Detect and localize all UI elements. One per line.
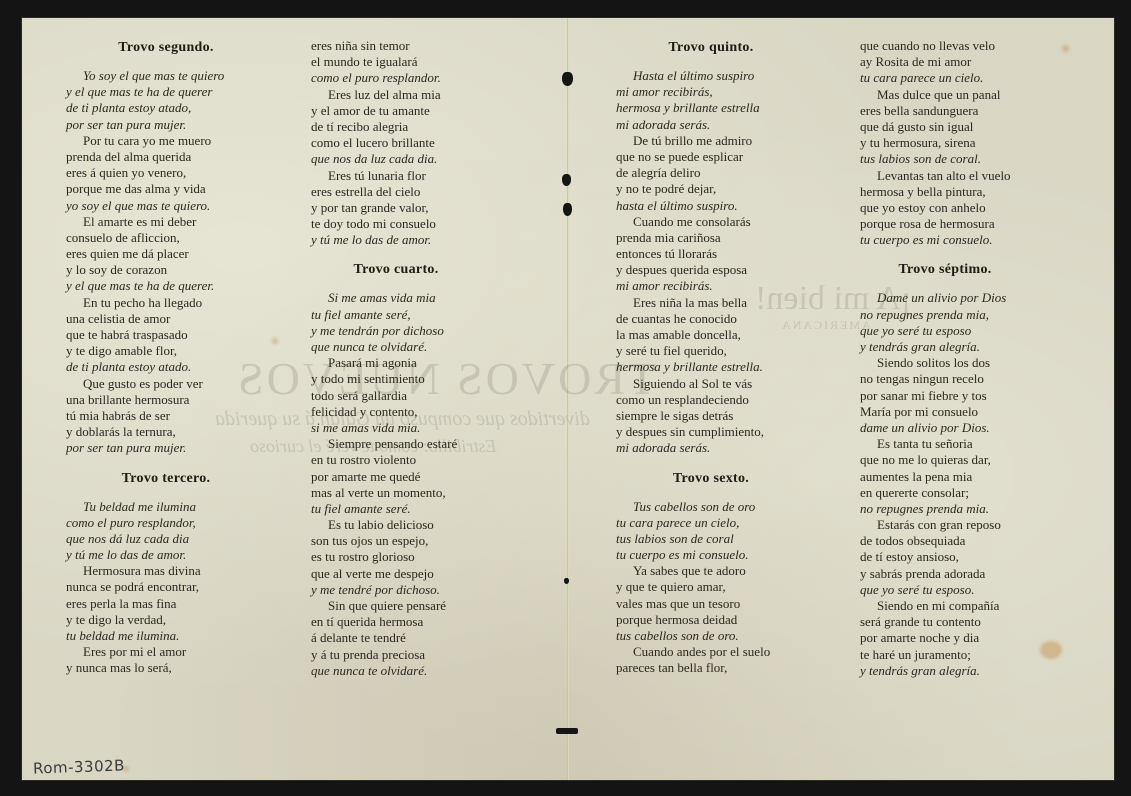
verse-line: siempre le sigas detrás [616, 408, 806, 424]
verse-line: á delante te tendré [311, 630, 481, 646]
verse-line: y por tan grande valor, [311, 200, 481, 216]
paper-stain [272, 338, 278, 344]
binding-hole [564, 578, 569, 584]
verse-line: y sabrás prenda adorada [860, 566, 1030, 582]
verse-line: y el amor de tu amante [311, 103, 481, 119]
verse-line: consuelo de afliccion, [66, 230, 266, 246]
verse-line: porque rosa de hermosura [860, 216, 1030, 232]
verse-line: todo será gallardia [311, 388, 481, 404]
binding-hole [562, 174, 571, 186]
verse-line: Es tu labio delicioso [311, 517, 481, 533]
verse-line: Estarás con gran reposo [860, 517, 1030, 533]
refrain-line: tu cara parece un cielo, [616, 515, 806, 531]
verse-line: y seré tu fiel querido, [616, 343, 806, 359]
verse-column-2: eres niña sin temorel mundo te igualarác… [311, 38, 481, 679]
verse-line: Cuando me consolarás [616, 214, 806, 230]
verse-line: y lo soy de corazon [66, 262, 266, 278]
verse-line: que al verte me despejo [311, 566, 481, 582]
verse-line: en tí querida hermosa [311, 614, 481, 630]
refrain-line: tu fiel amante seré, [311, 307, 481, 323]
verse-line: Levantas tan alto el vuelo [860, 168, 1030, 184]
refrain-line: Si me amas vida mia [311, 290, 481, 306]
center-fold [567, 18, 569, 780]
refrain-line: que nunca te olvidaré. [311, 663, 481, 679]
refrain-line: que nos da luz cada dia. [311, 151, 481, 167]
binding-hole [562, 72, 573, 86]
verse-line: nunca se podrá encontrar, [66, 579, 266, 595]
verse-line: En tu pecho ha llegado [66, 295, 266, 311]
verse-line: entonces tú llorarás [616, 246, 806, 262]
verse-line: María por mi consuelo [860, 404, 1030, 420]
verse-line: Cuando andes por el suelo [616, 644, 806, 660]
verse-line: una brillante hermosura [66, 392, 266, 408]
verse-line: no tengas ningun recelo [860, 371, 1030, 387]
verse-line: y te digo amable flor, [66, 343, 266, 359]
verse-line: Ya sabes que te adoro [616, 563, 806, 579]
refrain-line: mi adorada serás. [616, 117, 806, 133]
stanza-gap [616, 457, 806, 469]
verse-line: eres bella sandunguera [860, 103, 1030, 119]
verse-line: Siguiendo al Sol te vás [616, 376, 806, 392]
refrain-line: dame un alivio por Dios. [860, 420, 1030, 436]
refrain-line: que yo seré tu esposo. [860, 582, 1030, 598]
verse-line: eres quien me dá placer [66, 246, 266, 262]
verse-line: eres estrella del cielo [311, 184, 481, 200]
verse-line: vales mas que un tesoro [616, 596, 806, 612]
verse-line: Eres tú lunaria flor [311, 168, 481, 184]
verse-line: te doy todo mi consuelo [311, 216, 481, 232]
refrain-line: tus labios son de coral. [860, 151, 1030, 167]
refrain-line: y me tendrán por dichoso [311, 323, 481, 339]
verse-line: Sin que quiere pensaré [311, 598, 481, 614]
verse-line: Pasará mi agonia [311, 355, 481, 371]
verse-line: será grande tu contento [860, 614, 1030, 630]
refrain-line: por ser tan pura mujer. [66, 117, 266, 133]
refrain-line: de ti planta estoy atado. [66, 359, 266, 375]
stanza-gap [66, 457, 266, 469]
refrain-line: tu beldad me ilumina. [66, 628, 266, 644]
verse-line: porque hermosa deidad [616, 612, 806, 628]
refrain-line: y tú me lo das de amor. [66, 547, 266, 563]
refrain-line: Hasta el último suspiro [616, 68, 806, 84]
verse-line: te haré un juramento; [860, 647, 1030, 663]
verse-line: que dá gusto sin igual [860, 119, 1030, 135]
verse-column-3: Trovo quinto.Hasta el último suspiromi a… [616, 38, 806, 677]
verse-line: como el lucero brillante [311, 135, 481, 151]
refrain-line: Tu beldad me ilumina [66, 499, 266, 515]
verse-line: eres niña sin temor [311, 38, 481, 54]
verse-line: una celistia de amor [66, 311, 266, 327]
verse-line: De tú brillo me admiro [616, 133, 806, 149]
verse-line: y nunca mas lo será, [66, 660, 266, 676]
section-title: Trovo tercero. [66, 469, 266, 489]
section-title: Trovo segundo. [66, 38, 266, 58]
verse-line: eres perla la mas fina [66, 596, 266, 612]
verse-line: y á tu prenda preciosa [311, 647, 481, 663]
paper-stain [1040, 641, 1062, 659]
refrain-line: no repugnes prenda mia, [860, 307, 1030, 323]
refrain-line: tu cuerpo es mi consuelo. [860, 232, 1030, 248]
section-title: Trovo séptimo. [860, 260, 1030, 280]
refrain-line: y me tendré por dichoso. [311, 582, 481, 598]
verse-line: que no se puede esplicar [616, 149, 806, 165]
binding-hole [563, 203, 572, 216]
verse-line: eres á quien yo venero, [66, 165, 266, 181]
verse-line: El amarte es mi deber [66, 214, 266, 230]
catalog-annotation: Rom-3302B [33, 756, 125, 777]
section-title: Trovo cuarto. [311, 260, 481, 280]
stanza-gap [860, 248, 1030, 260]
refrain-line: por ser tan pura mujer. [66, 440, 266, 456]
verse-line: aumentes la pena mia [860, 469, 1030, 485]
refrain-line: tu cara parece un cielo. [860, 70, 1030, 86]
refrain-line: mi amor recibirás, [616, 84, 806, 100]
refrain-line: mi amor recibirás. [616, 278, 806, 294]
section-title: Trovo quinto. [616, 38, 806, 58]
verse-line: es tu rostro glorioso [311, 549, 481, 565]
verse-line: por amarte me quedé [311, 469, 481, 485]
refrain-line: que nos dá luz cada dia [66, 531, 266, 547]
refrain-line: que nunca te olvidaré. [311, 339, 481, 355]
refrain-line: tus cabellos son de oro. [616, 628, 806, 644]
section-title: Trovo sexto. [616, 469, 806, 489]
refrain-line: tu cuerpo es mi consuelo. [616, 547, 806, 563]
verse-line: de tí estoy ansioso, [860, 549, 1030, 565]
verse-line: por sanar mi fiebre y tos [860, 388, 1030, 404]
refrain-line: hermosa y brillante estrella [616, 100, 806, 116]
verse-line: que cuando no llevas velo [860, 38, 1030, 54]
verse-line: y que te quiero amar, [616, 579, 806, 595]
binding-hole [556, 728, 578, 734]
verse-line: y doblarás la ternura, [66, 424, 266, 440]
stanza-gap [311, 248, 481, 260]
refrain-line: y tú me lo das de amor. [311, 232, 481, 248]
verse-line: y tu hermosura, sirena [860, 135, 1030, 151]
refrain-line: no repugnes prenda mia. [860, 501, 1030, 517]
refrain-line: hermosa y brillante estrella. [616, 359, 806, 375]
refrain-line: Tus cabellos son de oro [616, 499, 806, 515]
verse-line: en quererte consolar; [860, 485, 1030, 501]
verse-line: de tí recibo alegria [311, 119, 481, 135]
verse-line: Hermosura mas divina [66, 563, 266, 579]
verse-line: que no me lo quieras dar, [860, 452, 1030, 468]
verse-line: Siendo solitos los dos [860, 355, 1030, 371]
verse-line: ay Rosita de mi amor [860, 54, 1030, 70]
verse-line: en tu rostro violento [311, 452, 481, 468]
verse-line: Siempre pensando estaré [311, 436, 481, 452]
refrain-line: hasta el último suspiro. [616, 198, 806, 214]
verse-line: Eres luz del alma mia [311, 87, 481, 103]
verse-line: Siendo en mi compañía [860, 598, 1030, 614]
verse-line: de alegría deliro [616, 165, 806, 181]
refrain-line: Yo soy el que mas te quiero [66, 68, 266, 84]
verse-line: y despues sin cumplimiento, [616, 424, 806, 440]
verse-line: Por tu cara yo me muero [66, 133, 266, 149]
verse-line: que te habrá traspasado [66, 327, 266, 343]
verse-line: Es tanta tu señoria [860, 436, 1030, 452]
refrain-line: y tendrás gran alegría. [860, 663, 1030, 679]
verse-line: la mas amable doncella, [616, 327, 806, 343]
paper-stain [1062, 45, 1069, 52]
refrain-line: y el que mas te ha de querer [66, 84, 266, 100]
refrain-line: tus labios son de coral [616, 531, 806, 547]
refrain-line: y tendrás gran alegría. [860, 339, 1030, 355]
verse-line: son tus ojos un espejo, [311, 533, 481, 549]
verse-line: de todos obsequiada [860, 533, 1030, 549]
refrain-line: como el puro resplandor, [66, 515, 266, 531]
verse-line: pareces tan bella flor, [616, 660, 806, 676]
refrain-line: que yo seré tu esposo [860, 323, 1030, 339]
refrain-line: tu fiel amante seré. [311, 501, 481, 517]
verse-line: por amarte noche y dia [860, 630, 1030, 646]
verse-line: y te digo la verdad, [66, 612, 266, 628]
refrain-line: Dame un alivio por Dios [860, 290, 1030, 306]
verse-line: prenda mia cariñosa [616, 230, 806, 246]
verse-line: Eres niña la mas bella [616, 295, 806, 311]
verse-line: mas al verte un momento, [311, 485, 481, 501]
verse-line: Mas dulce que un panal [860, 87, 1030, 103]
refrain-line: y el que mas te ha de querer. [66, 278, 266, 294]
refrain-line: como el puro resplandor. [311, 70, 481, 86]
verse-line: hermosa y bella pintura, [860, 184, 1030, 200]
verse-column-4: que cuando no llevas veloay Rosita de mi… [860, 38, 1030, 679]
verse-line: y despues querida esposa [616, 262, 806, 278]
refrain-line: de ti planta estoy atado, [66, 100, 266, 116]
refrain-line: yo soy el que mas te quiero. [66, 198, 266, 214]
verse-line: Eres por mi el amor [66, 644, 266, 660]
verse-line: como un resplandeciendo [616, 392, 806, 408]
verse-line: y todo mi sentimiento [311, 371, 481, 387]
verse-line: el mundo te igualará [311, 54, 481, 70]
refrain-line: si me amas vida mia. [311, 420, 481, 436]
verse-line: felicidad y contento, [311, 404, 481, 420]
verse-line: de cuantas he conocido [616, 311, 806, 327]
verse-line: porque me das alma y vida [66, 181, 266, 197]
verse-line: Que gusto es poder ver [66, 376, 266, 392]
refrain-line: mi adorada serás. [616, 440, 806, 456]
verse-line: que yo estoy con anhelo [860, 200, 1030, 216]
verse-line: prenda del alma querida [66, 149, 266, 165]
verse-line: y no te podré dejar, [616, 181, 806, 197]
verse-column-1: Trovo segundo.Yo soy el que mas te quier… [66, 38, 266, 677]
verse-line: tú mia habrás de ser [66, 408, 266, 424]
